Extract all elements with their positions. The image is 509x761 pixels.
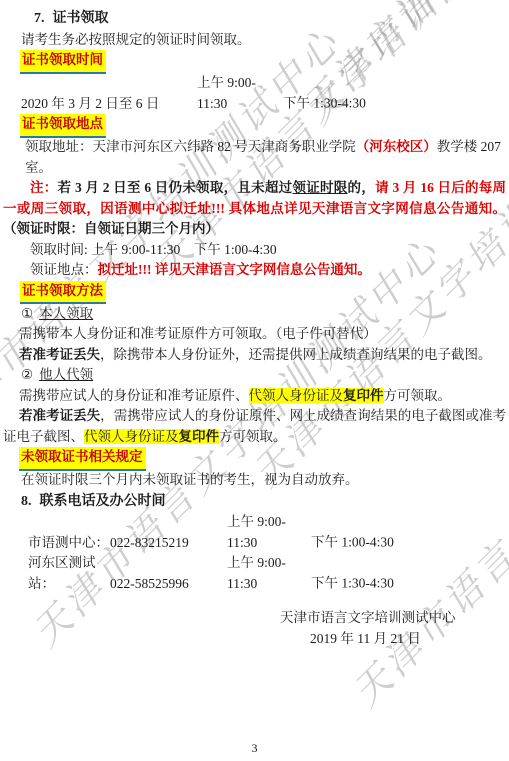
pickup-time-line: 领取时间: 上午 9:00-11:30 下午 1:00-4:30 bbox=[30, 240, 506, 261]
lost-ticket-label: 若准考证丢失 bbox=[19, 347, 100, 362]
contact-row-station: 河东区测试站：022-58525996上午 9:00-11:30下午 1:30-… bbox=[3, 553, 506, 594]
note-label: 注： bbox=[30, 180, 58, 195]
contact-am-hours: 上午 9:00-11:30 bbox=[227, 512, 311, 553]
time-heading-row: 证书领取时间 bbox=[20, 50, 506, 73]
document-page: 天津市语言文字培训测试中心 天津市语言文字培训测试中心 天津市语言文字培训测试中… bbox=[0, 0, 509, 761]
unclaimed-rule-text: 在领证时限三个月内未领取证书的考生，视为自动放弃。 bbox=[21, 470, 506, 491]
contact-phone: 022-58525996 bbox=[110, 574, 227, 595]
section-8-number: 8. bbox=[21, 494, 32, 509]
section-7-number: 7. bbox=[34, 11, 45, 26]
contact-phone: 022-83215219 bbox=[110, 533, 227, 554]
intro-text: 请考生务必按照规定的领证时间领取。 bbox=[21, 30, 506, 51]
method-2-number: ② bbox=[21, 367, 33, 382]
note-deadline-detail: （领证时限：自领证日期三个月内） bbox=[3, 221, 219, 236]
contact-name: 市语测中心： bbox=[28, 533, 110, 554]
note-condition-end: 的， bbox=[348, 180, 376, 195]
method-2-requirement: 需携带应试人的身份证和准考证原件、代领人身份证及复印件方可领取。 bbox=[19, 386, 506, 407]
unclaimed-heading-row: 未领取证书相关规定 bbox=[19, 447, 506, 470]
method-1-lost-ticket: 若准考证丢失，除携带本人身份证外，还需提供网上成绩查询结果的电子截图。 bbox=[19, 345, 506, 366]
pickup-place-line: 领证地点：拟迁址!!! 详见天津语言文字网信息公告通知。 bbox=[30, 260, 506, 281]
campus-name: （河东校区） bbox=[356, 139, 437, 154]
note-paragraph: 注：若 3 月 2 日至 6 日仍未领取，且未超过领证时限的，请 3 月 16 … bbox=[3, 178, 506, 240]
footer-date: 2019 年 11 月 21 日 bbox=[310, 629, 506, 650]
method-1-title: 本人领取 bbox=[39, 306, 93, 321]
pickup-pm-hours: 下午 1:30-4:30 bbox=[283, 96, 366, 111]
lost-ticket-post-2: 方可领取。 bbox=[219, 429, 287, 444]
place-heading-highlight: 证书领取地点 bbox=[20, 114, 106, 138]
agent-id-highlight: 代领人身份证及 bbox=[249, 388, 344, 403]
method-item-1: ①本人领取 bbox=[21, 304, 506, 325]
note-deadline-term: 领证时限 bbox=[292, 180, 347, 195]
method-2-lost-ticket: 若准考证丢失，需携带应试人的身份证原件、网上成绩查询结果的电子截图或准考证电子截… bbox=[3, 406, 506, 447]
agent-id-highlight-2: 代领人身份证及 bbox=[84, 429, 179, 444]
contact-pm-hours: 下午 1:30-4:30 bbox=[311, 576, 394, 591]
section-8-title: 联系电话及办公时间 bbox=[40, 494, 166, 509]
method-heading-highlight: 证书领取方法 bbox=[20, 281, 106, 305]
method-heading-row: 证书领取方法 bbox=[20, 281, 506, 304]
pickup-date: 2020 年 3 月 2 日至 6 日 bbox=[21, 94, 197, 115]
copy-highlight-bold: 复印件 bbox=[343, 388, 384, 403]
pickup-place-label: 领证地点： bbox=[30, 262, 98, 277]
address-line: 领取地址：天津市河东区六纬路 82 号天津商务职业学院（河东校区）教学楼 207… bbox=[25, 137, 506, 178]
copy-highlight-bold-2: 复印件 bbox=[179, 429, 220, 444]
document-content: 7.证书领取 请考生务必按照规定的领证时间领取。 证书领取时间 2020 年 3… bbox=[0, 0, 509, 649]
certificate-time-row: 2020 年 3 月 2 日至 6 日上午 9:00-11:30下午 1:30-… bbox=[3, 73, 506, 114]
unclaimed-heading-highlight: 未领取证书相关规定 bbox=[19, 447, 146, 471]
pickup-am-hours: 上午 9:00-11:30 bbox=[197, 73, 283, 114]
method-2-pre: 需携带应试人的身份证和准考证原件、 bbox=[19, 388, 249, 403]
address-text: 领取地址：天津市河东区六纬路 82 号天津商务职业学院 bbox=[25, 139, 356, 154]
footer-organization: 天津市语言文字培训测试中心 bbox=[280, 608, 506, 629]
method-1-number: ① bbox=[21, 306, 33, 321]
note-condition: 若 3 月 2 日至 6 日仍未领取，且未超过 bbox=[58, 180, 293, 195]
method-item-2: ②他人代领 bbox=[21, 365, 506, 386]
section-7-heading: 7.证书领取 bbox=[34, 8, 506, 30]
contact-am-hours: 上午 9:00-11:30 bbox=[227, 553, 311, 594]
method-2-title: 他人代领 bbox=[39, 367, 93, 382]
page-number: 3 bbox=[0, 738, 509, 759]
time-heading-highlight: 证书领取时间 bbox=[20, 50, 106, 74]
place-heading-row: 证书领取地点 bbox=[20, 114, 506, 137]
contact-pm-hours: 下午 1:00-4:30 bbox=[311, 535, 394, 550]
section-7-title: 证书领取 bbox=[53, 11, 109, 26]
contact-row-center: 市语测中心：022-83215219上午 9:00-11:30下午 1:00-4… bbox=[3, 512, 506, 553]
method-1-requirement: 需携带本人身份证和准考证原件方可领取。（电子件可替代） bbox=[19, 324, 506, 345]
contact-name: 河东区测试站： bbox=[28, 553, 110, 594]
lost-ticket-label-2: 若准考证丢失 bbox=[19, 408, 100, 423]
section-8-heading: 8.联系电话及办公时间 bbox=[21, 491, 506, 513]
pickup-place-warning: 拟迁址!!! 详见天津语言文字网信息公告通知。 bbox=[98, 262, 371, 277]
lost-ticket-text: ，除携带本人身份证外，还需提供网上成绩查询结果的电子截图。 bbox=[100, 347, 492, 362]
method-2-post: 方可领取。 bbox=[384, 388, 452, 403]
